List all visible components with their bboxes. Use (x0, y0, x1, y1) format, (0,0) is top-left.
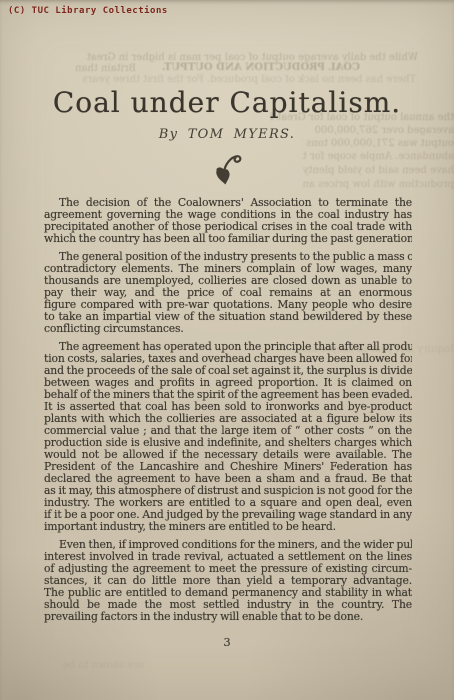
ornament-container (0, 150, 454, 192)
text-line: industry. The workers are entitled to a … (44, 497, 412, 509)
document-body: The decision of the Coalowners' Associat… (44, 197, 412, 629)
text-line: contradictory elements. The miners compl… (44, 263, 412, 275)
bleedthrough-text: Britain than (44, 63, 136, 74)
text-line: The general position of the industry pre… (44, 251, 412, 263)
text-line: precipitated another of those periodical… (44, 221, 412, 233)
paragraph: The agreement has operated upon the prin… (44, 341, 412, 533)
text-line: The agreement has operated upon the prin… (44, 341, 412, 353)
paragraph: The general position of the industry pre… (44, 251, 412, 335)
text-line: commercial value ; and that the large it… (44, 425, 412, 437)
text-line: interest involved in trade revival, actu… (44, 551, 412, 563)
text-line: The public are entitled to demand perman… (44, 587, 412, 599)
byline: By TOM MYERS. (0, 127, 454, 142)
text-line: stances, it can do little more than yiel… (44, 575, 412, 587)
text-line: which the country has been all too famil… (44, 233, 412, 245)
text-line: It is asserted that coal has been sold t… (44, 401, 412, 413)
text-line: plants with which the collieries are ass… (44, 413, 412, 425)
text-line: important industry, the miners are entit… (44, 521, 412, 533)
text-line: tion costs, salaries, taxes and overhead… (44, 353, 412, 365)
text-line: between wages and profits in agreed prop… (44, 377, 412, 389)
text-line: thousands are unemployed, collieries are… (44, 275, 412, 287)
text-line: behalf of the miners that the spirit of … (44, 389, 412, 401)
text-line: President of the Lancashire and Cheshire… (44, 461, 412, 473)
paragraph: Even then, if improved conditions for th… (44, 539, 412, 623)
bleedthrough-text: are shown to be (44, 660, 144, 671)
text-line: to take an impartial view of the situati… (44, 311, 412, 323)
text-line: agreement governing the wage conditions … (44, 209, 412, 221)
document-title: Coal under Capitalism. (0, 86, 454, 119)
text-line: of adjusting the agreement to meet the p… (44, 563, 412, 575)
bleedthrough-text: While the daily average output of coal p… (44, 52, 418, 63)
text-line: figure compared with pre-war quotations.… (44, 299, 412, 311)
text-line: The decision of the Coalowners' Associat… (44, 197, 412, 209)
fleuron-ornament-icon (211, 173, 243, 192)
bleedthrough-text: COAL PRODUCTION AND OUTPUT. (125, 62, 360, 73)
text-line: production side is elusive and indefinit… (44, 437, 412, 449)
text-line: if it be a poor one. And judged by the p… (44, 509, 412, 521)
text-line: conflicting circumstances. (44, 323, 412, 335)
text-line: prevailing factors in the industry will … (44, 611, 412, 623)
text-line: should be made the most settled industry… (44, 599, 412, 611)
text-line: Even then, if improved conditions for th… (44, 539, 412, 551)
page-number: 3 (0, 635, 454, 649)
text-line: would not be allowed if the necessary de… (44, 449, 412, 461)
paragraph: The decision of the Coalowners' Associat… (44, 197, 412, 245)
text-line: pay their way, and the price of coal rem… (44, 287, 412, 299)
text-line: as it may, this atmosphere of distrust a… (44, 485, 412, 497)
scanned-document-page: While the daily average output of coal p… (0, 0, 454, 700)
text-line: and the proceeds of the sale of coal set… (44, 365, 412, 377)
archive-watermark: (C) TUC Library Collections (8, 6, 168, 16)
bleedthrough-text: There has been no lack of coal produced.… (60, 74, 416, 85)
text-line: declared the agreement to have been a sh… (44, 473, 412, 485)
